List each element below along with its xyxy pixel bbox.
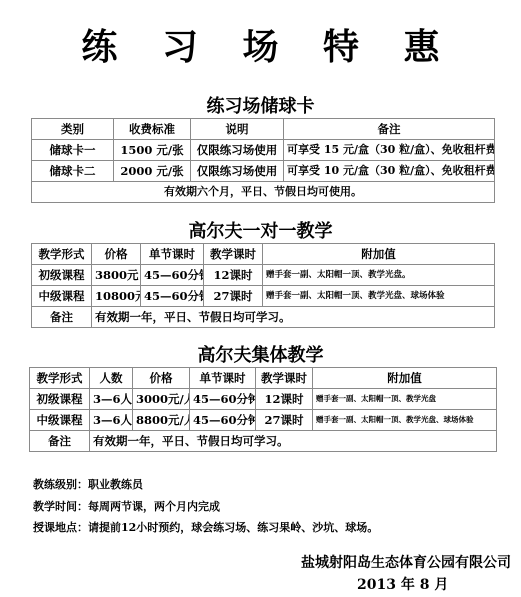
header-cell: 教学形式 [30,368,90,389]
storage-card-title: 练习场储球卡 [0,96,521,118]
group-size: 3—6人 [90,410,133,431]
header-cell: 收费标准 [114,119,191,140]
note-label: 备注 [32,307,92,328]
location: 授课地点：请提前12小时预约，球会练习场、练习果岭、沙坑、球场。 [33,521,378,535]
table-header-row: 教学形式 人数 价格 单节课时 教学课时 附加值 [30,368,497,389]
header-cell: 附加值 [313,368,497,389]
storage-card-table: 类别 收费标准 说明 备注 储球卡一 1500 元/张 仅限练习场使用 可享受 … [31,118,495,203]
table-row: 储球卡一 1500 元/张 仅限练习场使用 可享受 15 元/盒（30 粒/盒）… [32,140,495,161]
table-header-row: 类别 收费标准 说明 备注 [32,119,495,140]
course-price: 8800元/人 [133,410,190,431]
issue-date: 2013 年 8 月 [357,574,448,594]
header-cell: 教学形式 [32,244,92,265]
group-table: 教学形式 人数 价格 单节课时 教学课时 附加值 初级课程 3—6人 3000元… [29,367,497,452]
card-remark: 可享受 10 元/盒（30 粒/盒）、免收租杆费 [284,161,495,182]
page-title: 练 习 场 特 惠 [0,28,521,68]
session-duration: 45—60分钟 [190,410,256,431]
added-value: 赠手套一副、太阳帽一顶、教学光盘、球场体验 [263,286,495,307]
added-value: 赠手套一副、太阳帽一顶、教学光盘 [313,389,497,410]
table-row: 中级课程 10800元 45—60分钟 27课时 赠手套一副、太阳帽一顶、教学光… [32,286,495,307]
course-level: 初级课程 [32,265,92,286]
total-sessions: 12课时 [256,389,313,410]
header-cell: 教学课时 [204,244,263,265]
session-duration: 45—60分钟 [141,286,204,307]
table-row: 初级课程 3800元 45—60分钟 12课时 赠手套一副、太阳帽一顶、教学光盘… [32,265,495,286]
course-price: 10800元 [92,286,141,307]
header-cell: 说明 [191,119,284,140]
teaching-time: 教学时间：每周两节课，两个月内完成 [33,500,220,514]
card-remark: 可享受 15 元/盒（30 粒/盒）、免收租杆费 [284,140,495,161]
header-cell: 单节课时 [141,244,204,265]
group-title: 高尔夫集体教学 [0,345,521,367]
card-price: 2000 元/张 [114,161,191,182]
group-size: 3—6人 [90,389,133,410]
total-sessions: 27课时 [204,286,263,307]
card-description: 仅限练习场使用 [191,140,284,161]
header-cell: 附加值 [263,244,495,265]
one-on-one-title: 高尔夫一对一教学 [0,221,521,243]
header-cell: 人数 [90,368,133,389]
card-type: 储球卡一 [32,140,114,161]
header-cell: 价格 [92,244,141,265]
header-cell: 单节课时 [190,368,256,389]
course-price: 3800元 [92,265,141,286]
table-footer-row: 有效期六个月，平日、节假日均可使用。 [32,182,495,203]
table-note-row: 备注 有效期一年，平日、节假日均可学习。 [32,307,495,328]
company-name: 盐城射阳岛生态体育公园有限公司 [301,552,511,572]
note-label: 备注 [30,431,90,452]
note-text: 有效期一年，平日、节假日均可学习。 [90,431,497,452]
total-sessions: 12课时 [204,265,263,286]
card-description: 仅限练习场使用 [191,161,284,182]
course-level: 中级课程 [30,410,90,431]
added-value: 赠手套一副、太阳帽一顶、教学光盘、球场体验 [313,410,497,431]
card-price: 1500 元/张 [114,140,191,161]
total-sessions: 27课时 [256,410,313,431]
course-level: 初级课程 [30,389,90,410]
added-value: 赠手套一副、太阳帽一顶、教学光盘。 [263,265,495,286]
validity-note: 有效期六个月，平日、节假日均可使用。 [32,182,495,203]
header-cell: 备注 [284,119,495,140]
coach-level: 教练级别：职业教练员 [33,478,143,492]
one-on-one-table: 教学形式 价格 单节课时 教学课时 附加值 初级课程 3800元 45—60分钟… [31,243,495,328]
course-level: 中级课程 [32,286,92,307]
note-text: 有效期一年，平日、节假日均可学习。 [92,307,495,328]
session-duration: 45—60分钟 [141,265,204,286]
table-note-row: 备注 有效期一年，平日、节假日均可学习。 [30,431,497,452]
header-cell: 类别 [32,119,114,140]
table-row: 储球卡二 2000 元/张 仅限练习场使用 可享受 10 元/盒（30 粒/盒）… [32,161,495,182]
table-row: 中级课程 3—6人 8800元/人 45—60分钟 27课时 赠手套一副、太阳帽… [30,410,497,431]
header-cell: 教学课时 [256,368,313,389]
course-price: 3000元/人 [133,389,190,410]
session-duration: 45—60分钟 [190,389,256,410]
card-type: 储球卡二 [32,161,114,182]
table-row: 初级课程 3—6人 3000元/人 45—60分钟 12课时 赠手套一副、太阳帽… [30,389,497,410]
header-cell: 价格 [133,368,190,389]
table-header-row: 教学形式 价格 单节课时 教学课时 附加值 [32,244,495,265]
